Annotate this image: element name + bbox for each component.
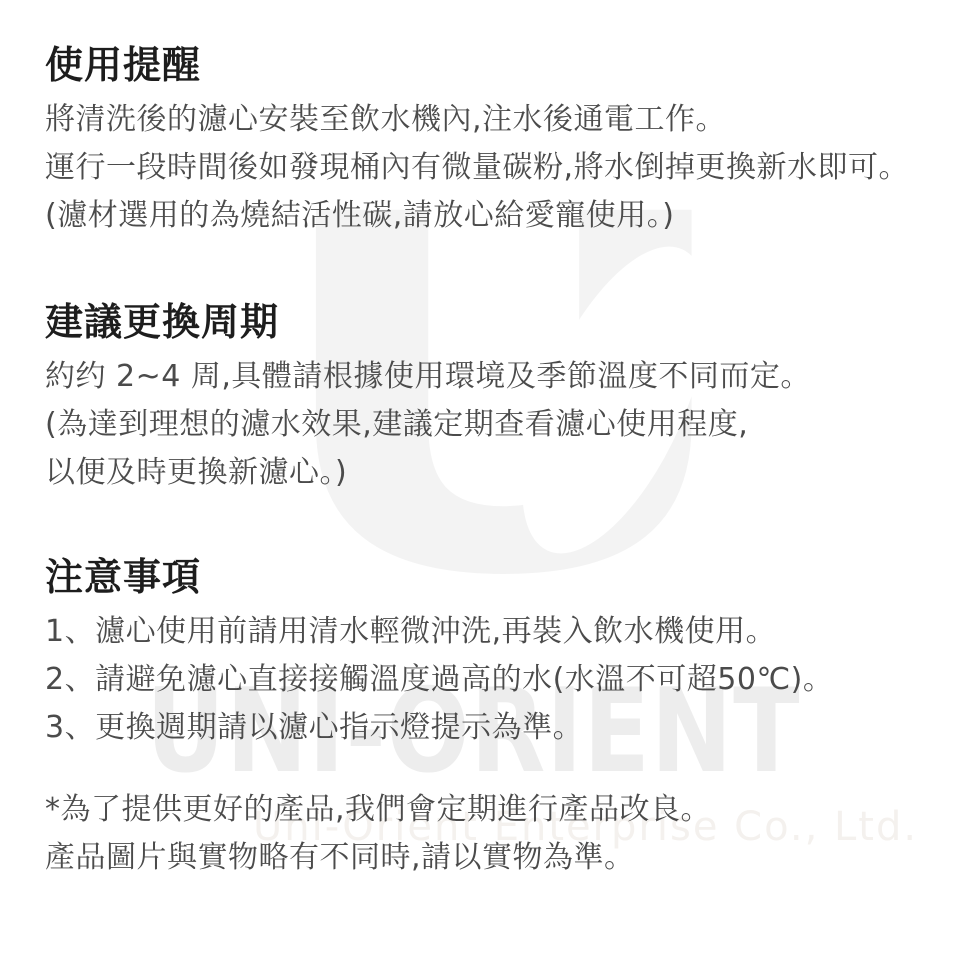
replacement-cycle-line-2: (為達到理想的濾水效果,建議定期查看濾心使用程度, — [45, 401, 950, 449]
usage-reminder-line-3: (濾材選用的為燒結活性碳,請放心給愛寵使用。) — [45, 192, 950, 240]
replacement-cycle-line-1: 約约 2~4 周,具體請根據使用環境及季節溫度不同而定。 — [45, 353, 950, 401]
footnote-line-2: 產品圖片與實物略有不同時,請以實物為準。 — [45, 834, 950, 882]
product-info-page: U UNI-ORIENT Uni-Orient Enterprise Co., … — [0, 0, 960, 960]
replacement-cycle-line-3: 以便及時更換新濾心。) — [45, 449, 950, 497]
section-precautions-heading: 注意事項 — [45, 554, 950, 600]
precaution-item-3: 3、更換週期請以濾心指示燈提示為準。 — [45, 704, 950, 752]
precaution-item-2: 2、請避免濾心直接接觸溫度過高的水(水溫不可超50℃)。 — [45, 656, 950, 704]
precaution-item-1: 1、濾心使用前請用清水輕微沖洗,再裝入飲水機使用。 — [45, 608, 950, 656]
section-usage-reminder-heading: 使用提醒 — [45, 42, 950, 88]
footnote-line-1: *為了提供更好的產品,我們會定期進行產品改良。 — [45, 786, 950, 834]
section-replacement-cycle: 建議更換周期 約约 2~4 周,具體請根據使用環境及季節溫度不同而定。 (為達到… — [45, 299, 950, 497]
section-usage-reminder: 使用提醒 將清洗後的濾心安裝至飲水機內,注水後通電工作。 運行一段時間後如發現桶… — [45, 42, 950, 240]
usage-reminder-line-1: 將清洗後的濾心安裝至飲水機內,注水後通電工作。 — [45, 96, 950, 144]
section-replacement-cycle-heading: 建議更換周期 — [45, 299, 950, 345]
section-precautions: 注意事項 1、濾心使用前請用清水輕微沖洗,再裝入飲水機使用。 2、請避免濾心直接… — [45, 554, 950, 752]
footnote: *為了提供更好的產品,我們會定期進行產品改良。 產品圖片與實物略有不同時,請以實… — [45, 786, 950, 882]
usage-reminder-line-2: 運行一段時間後如發現桶內有微量碳粉,將水倒掉更換新水即可。 — [45, 144, 950, 192]
